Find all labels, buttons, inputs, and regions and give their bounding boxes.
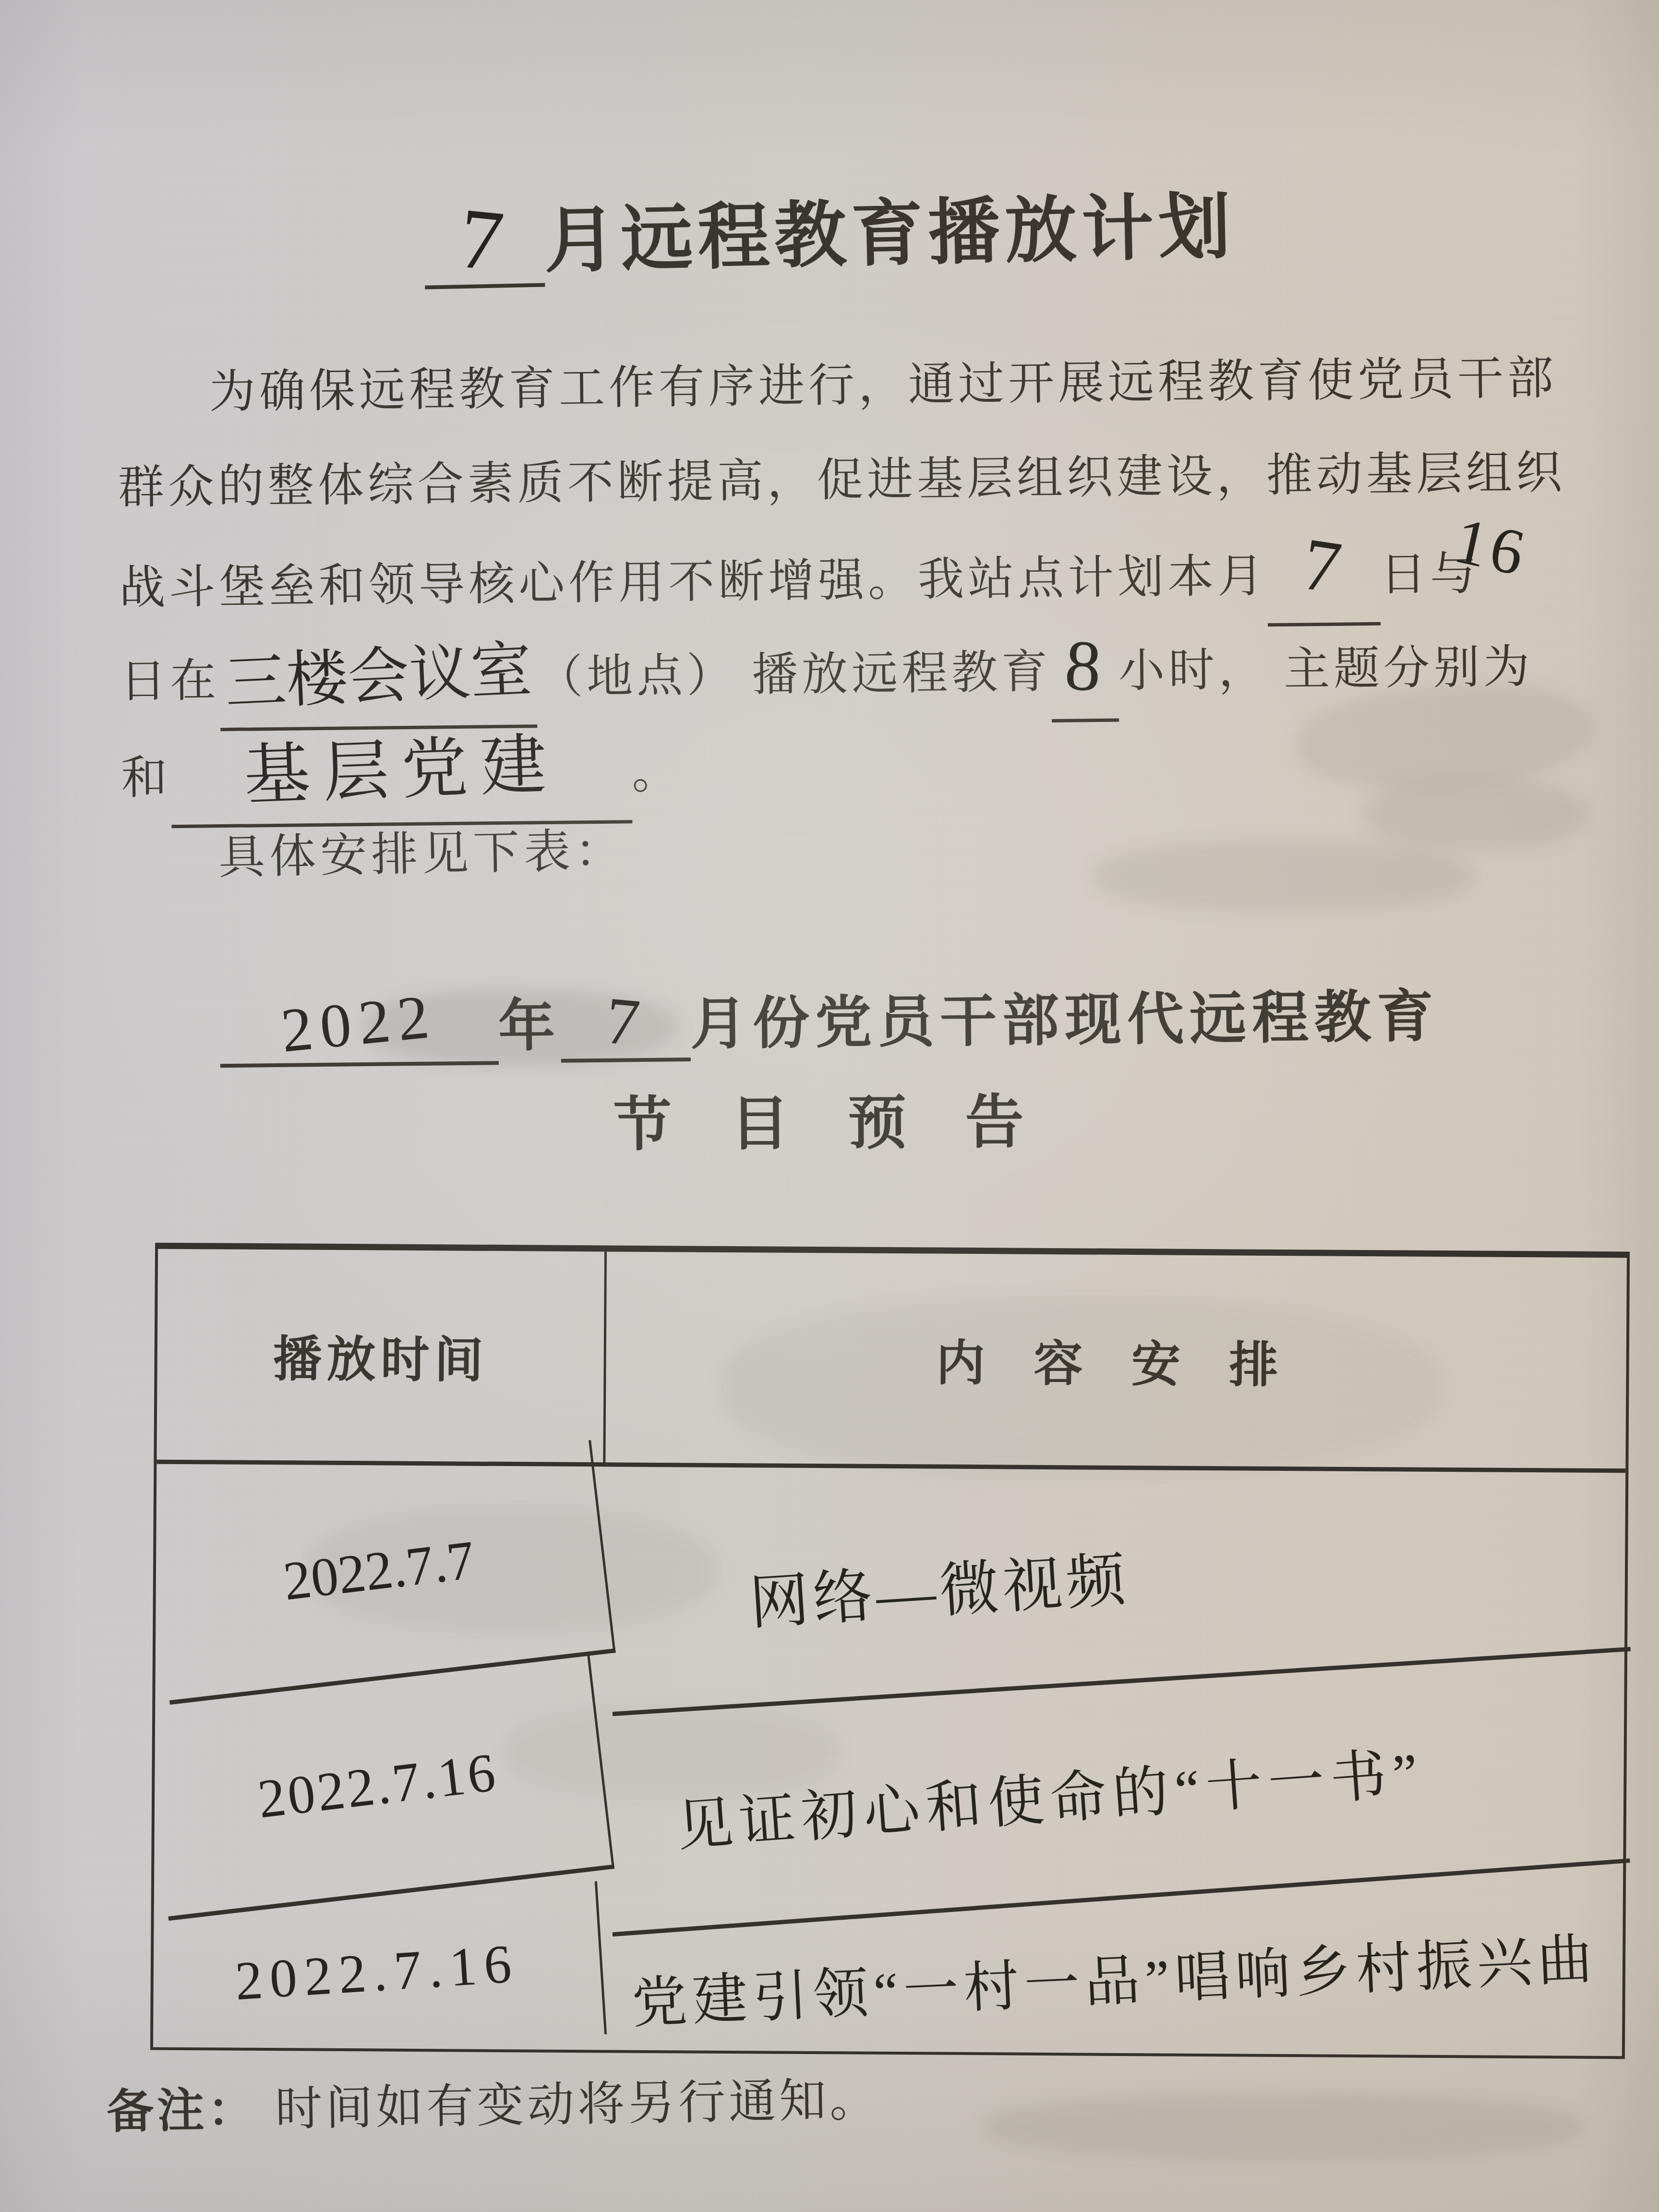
note-line: 备注：时间如有变动将另行通知。 (106, 2062, 880, 2141)
handwritten-month-number: 7 (457, 206, 511, 273)
paragraph-line-5-prefix: 和 (121, 752, 171, 804)
note-label: 备注： (106, 2084, 258, 2139)
title-month-blank: 7 (423, 200, 545, 289)
year-blank: 2022 (219, 989, 499, 1068)
title-text: 月远程教育播放计划 (543, 187, 1236, 281)
hours-blank: 8 (1051, 624, 1119, 722)
schedule-heading-text: 月份党员干部现代远程教育 (690, 986, 1439, 1056)
handwritten-month: 7 (603, 994, 648, 1050)
document-photo: 7月远程教育播放计划 为确保远程教育工作有序进行，通过开展远程教育使党员干部 群… (0, 0, 1659, 2212)
table-header-content: 内 容 安 排 (605, 1251, 1627, 1473)
day-blank: 7 (1267, 528, 1381, 626)
schedule-heading-line-1: 2022年7月份党员干部现代远程教育 (0, 968, 1659, 1070)
handwritten-day-7: 7 (1299, 537, 1348, 595)
paragraph-line-4: 日在三楼会议室（地点） 播放远程教育8小时， 主题分别为 (120, 614, 1618, 724)
paragraph-line-5: 和基层党建。 (120, 709, 1619, 819)
paragraph-line-3: 战斗堡垒和领导核心作用不断增强。我站点计划本月7日与16 (119, 519, 1617, 630)
paragraph-line-1: 为确保远程教育工作有序进行，通过开展远程教育使党员干部 (117, 330, 1615, 441)
year-label: 年 (498, 995, 561, 1058)
paragraph-line-2: 群众的整体综合素质不断提高，促进基层组织建设，推动基层组织 (118, 425, 1616, 535)
paragraph-line-4-mid: （地点） 播放远程教育 (537, 646, 1052, 703)
paragraph-line-4-suffix: 小时， 主题分别为 (1118, 641, 1534, 697)
paragraph-line-5-suffix: 。 (632, 746, 682, 798)
schedule-table: 播放时间 内 容 安 排 2022.7.7 网络—微视频 2022.7.16 见… (150, 1243, 1630, 2059)
schedule-heading-line-2: 节 目 预 告 (0, 1070, 1659, 1166)
see-table-line: 具体安排见下表： (218, 813, 626, 887)
theme-blank: 基层党建 (170, 719, 632, 828)
location-blank: 三楼会议室 (219, 625, 537, 731)
body-paragraph: 为确保远程教育工作有序进行，通过开展远程教育使党员干部 群众的整体综合素质不断提… (117, 330, 1619, 819)
table-row-3-time: 2022.7.16 (149, 1881, 607, 2063)
handwritten-theme: 基层党建 (242, 717, 561, 823)
handwritten-location: 三楼会议室 (223, 623, 534, 731)
handwritten-year: 2022 (278, 980, 440, 1067)
document-sheet: 7月远程教育播放计划 为确保远程教育工作有序进行，通过开展远程教育使党员干部 群… (0, 0, 1659, 2212)
document-title: 7月远程教育播放计划 (0, 159, 1659, 298)
paragraph-line-4-prefix: 日在 (120, 655, 220, 707)
table-header-time: 播放时间 (156, 1249, 607, 1467)
note-text: 时间如有变动将另行通知。 (275, 2074, 880, 2136)
paragraph-line-3-text: 战斗堡垒和领导核心作用不断增强。我站点计划本月 (119, 550, 1268, 613)
month-blank: 7 (560, 992, 690, 1063)
handwritten-hours: 8 (1063, 638, 1106, 694)
